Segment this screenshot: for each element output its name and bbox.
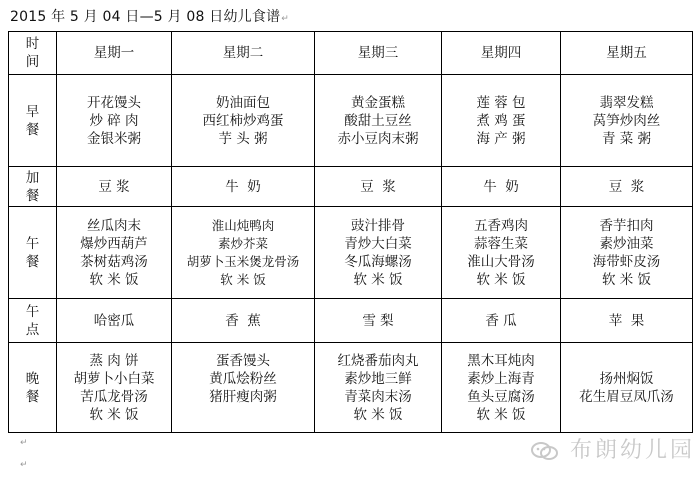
dish: 黄金蛋糕 bbox=[315, 94, 441, 112]
period-char: 点 bbox=[9, 321, 56, 339]
menu-cell: 奶油面包西红柿炒鸡蛋芋 头 粥 bbox=[172, 75, 315, 167]
period-char: 早 bbox=[9, 103, 56, 121]
paragraph-mark-icon: ↵ bbox=[20, 460, 28, 470]
dish: 胡萝卜小白菜 bbox=[57, 370, 171, 388]
dish: 软 米 饭 bbox=[57, 406, 171, 424]
dish: 软 米 饭 bbox=[561, 271, 692, 289]
dish: 红烧番茄肉丸 bbox=[315, 352, 441, 370]
dish: 赤小豆肉末粥 bbox=[315, 130, 441, 148]
dish: 香芋扣肉 bbox=[561, 217, 692, 235]
dish: 扬州焖饭 bbox=[561, 370, 692, 388]
dish: 素炒地三鲜 bbox=[315, 370, 441, 388]
menu-cell: 豆 浆 bbox=[561, 167, 693, 207]
dish: 海带虾皮汤 bbox=[561, 253, 692, 271]
period-char: 午 bbox=[9, 303, 56, 321]
dish: 蛋香馒头 bbox=[172, 352, 314, 370]
wechat-icon bbox=[530, 440, 560, 462]
period-char: 加 bbox=[9, 169, 56, 187]
period-cell-dinner: 晚餐 bbox=[9, 343, 57, 433]
menu-cell: 豆 浆 bbox=[57, 167, 172, 207]
dish: 素炒上海青 bbox=[442, 370, 560, 388]
time-label-char: 时 bbox=[9, 35, 56, 53]
menu-cell: 淮山炖鸭肉素炒芥菜胡萝卜玉米煲龙骨汤软 米 饭 bbox=[172, 207, 315, 299]
empty-line bbox=[172, 406, 314, 424]
day-header-mon: 星期一 bbox=[57, 32, 172, 75]
period-char: 餐 bbox=[9, 187, 56, 205]
menu-cell: 雪 梨 bbox=[315, 299, 442, 343]
dinner-row: 晚餐 蒸 肉 饼胡萝卜小白菜苦瓜龙骨汤软 米 饭 蛋香馒头黄瓜烩粉丝猪肝瘦肉粥 … bbox=[9, 343, 693, 433]
dish: 软 米 饭 bbox=[315, 406, 441, 424]
breakfast-row: 早餐 开花馒头炒 碎 肉金银米粥 奶油面包西红柿炒鸡蛋芋 头 粥 黄金蛋糕酸甜土… bbox=[9, 75, 693, 167]
dish: 海 产 粥 bbox=[442, 130, 560, 148]
document-title: 2015 年 5 月 04 日—5 月 08 日幼儿食谱↵ bbox=[10, 6, 289, 26]
menu-cell: 翡翠发糕莴笋炒肉丝青 菜 粥 bbox=[561, 75, 693, 167]
dish: 软 米 饭 bbox=[57, 271, 171, 289]
period-char: 餐 bbox=[9, 388, 56, 406]
period-char: 晚 bbox=[9, 370, 56, 388]
dish: 鱼头豆腐汤 bbox=[442, 388, 560, 406]
menu-cell: 香 瓜 bbox=[442, 299, 561, 343]
dish: 五香鸡肉 bbox=[442, 217, 560, 235]
dish: 翡翠发糕 bbox=[561, 94, 692, 112]
dish: 素炒芥菜 bbox=[172, 235, 314, 253]
watermark: 布朗幼儿园 bbox=[530, 433, 695, 464]
dish: 煮 鸡 蛋 bbox=[442, 112, 560, 130]
menu-table: 时间 星期一 星期二 星期三 星期四 星期五 早餐 开花馒头炒 碎 肉金银米粥 … bbox=[8, 31, 693, 433]
dish: 豉汁排骨 bbox=[315, 217, 441, 235]
dish: 素炒油菜 bbox=[561, 235, 692, 253]
period-cell-breakfast: 早餐 bbox=[9, 75, 57, 167]
header-row: 时间 星期一 星期二 星期三 星期四 星期五 bbox=[9, 32, 693, 75]
dish: 丝瓜肉末 bbox=[57, 217, 171, 235]
dish: 软 米 饭 bbox=[315, 271, 441, 289]
menu-cell: 香 蕉 bbox=[172, 299, 315, 343]
dish: 开花馒头 bbox=[57, 94, 171, 112]
dish: 蒸 肉 饼 bbox=[57, 352, 171, 370]
dish: 蒜蓉生菜 bbox=[442, 235, 560, 253]
day-header-thu: 星期四 bbox=[442, 32, 561, 75]
dish: 茶树菇鸡汤 bbox=[57, 253, 171, 271]
dish: 胡萝卜玉米煲龙骨汤 bbox=[172, 253, 314, 271]
day-header-fri: 星期五 bbox=[561, 32, 693, 75]
period-char: 餐 bbox=[9, 253, 56, 271]
dish: 淮山炖鸭肉 bbox=[172, 217, 314, 235]
menu-cell: 哈密瓜 bbox=[57, 299, 172, 343]
menu-cell: 蛋香馒头黄瓜烩粉丝猪肝瘦肉粥 bbox=[172, 343, 315, 433]
snack-row: 加餐 豆 浆 牛 奶 豆 浆 牛 奶 豆 浆 bbox=[9, 167, 693, 207]
menu-cell: 五香鸡肉蒜蓉生菜淮山大骨汤软 米 饭 bbox=[442, 207, 561, 299]
menu-cell: 扬州焖饭花生眉豆凤爪汤 bbox=[561, 343, 693, 433]
watermark-text: 布朗幼儿园 bbox=[570, 438, 695, 463]
menu-cell: 香芋扣肉素炒油菜海带虾皮汤软 米 饭 bbox=[561, 207, 693, 299]
dish: 青炒大白菜 bbox=[315, 235, 441, 253]
menu-cell: 莲 蓉 包煮 鸡 蛋海 产 粥 bbox=[442, 75, 561, 167]
dish: 奶油面包 bbox=[172, 94, 314, 112]
dish: 青菜肉末汤 bbox=[315, 388, 441, 406]
menu-cell: 牛 奶 bbox=[172, 167, 315, 207]
menu-cell: 丝瓜肉末爆炒西葫芦茶树菇鸡汤软 米 饭 bbox=[57, 207, 172, 299]
day-header-wed: 星期三 bbox=[315, 32, 442, 75]
dish: 淮山大骨汤 bbox=[442, 253, 560, 271]
dish: 酸甜土豆丝 bbox=[315, 112, 441, 130]
dish: 炒 碎 肉 bbox=[57, 112, 171, 130]
period-cell-snack: 加餐 bbox=[9, 167, 57, 207]
menu-cell: 豆 浆 bbox=[315, 167, 442, 207]
dish: 软 米 饭 bbox=[442, 271, 560, 289]
dish: 爆炒西葫芦 bbox=[57, 235, 171, 253]
menu-cell: 黄金蛋糕酸甜土豆丝赤小豆肉末粥 bbox=[315, 75, 442, 167]
dish: 冬瓜海螺汤 bbox=[315, 253, 441, 271]
time-header-cell: 时间 bbox=[9, 32, 57, 75]
dish: 软 米 饭 bbox=[172, 271, 314, 289]
dish: 黑木耳炖肉 bbox=[442, 352, 560, 370]
menu-cell: 牛 奶 bbox=[442, 167, 561, 207]
lunch-row: 午餐 丝瓜肉末爆炒西葫芦茶树菇鸡汤软 米 饭 淮山炖鸭肉素炒芥菜胡萝卜玉米煲龙骨… bbox=[9, 207, 693, 299]
dish: 软 米 饭 bbox=[442, 406, 560, 424]
menu-cell: 豉汁排骨青炒大白菜冬瓜海螺汤软 米 饭 bbox=[315, 207, 442, 299]
dish: 西红柿炒鸡蛋 bbox=[172, 112, 314, 130]
period-cell-afternoon-snack: 午点 bbox=[9, 299, 57, 343]
paragraph-mark-icon: ↵ bbox=[20, 438, 28, 448]
dish: 莴笋炒肉丝 bbox=[561, 112, 692, 130]
menu-cell: 苹 果 bbox=[561, 299, 693, 343]
dish: 青 菜 粥 bbox=[561, 130, 692, 148]
dish: 金银米粥 bbox=[57, 130, 171, 148]
period-char: 午 bbox=[9, 235, 56, 253]
dish: 猪肝瘦肉粥 bbox=[172, 388, 314, 406]
period-cell-lunch: 午餐 bbox=[9, 207, 57, 299]
menu-cell: 蒸 肉 饼胡萝卜小白菜苦瓜龙骨汤软 米 饭 bbox=[57, 343, 172, 433]
dish: 莲 蓉 包 bbox=[442, 94, 560, 112]
period-char: 餐 bbox=[9, 121, 56, 139]
dish: 苦瓜龙骨汤 bbox=[57, 388, 171, 406]
paragraph-mark-icon: ↵ bbox=[281, 14, 289, 24]
dish: 黄瓜烩粉丝 bbox=[172, 370, 314, 388]
title-text: 2015 年 5 月 04 日—5 月 08 日幼儿食谱 bbox=[10, 9, 280, 25]
afternoon-snack-row: 午点 哈密瓜 香 蕉 雪 梨 香 瓜 苹 果 bbox=[9, 299, 693, 343]
day-header-tue: 星期二 bbox=[172, 32, 315, 75]
menu-cell: 黑木耳炖肉素炒上海青鱼头豆腐汤软 米 饭 bbox=[442, 343, 561, 433]
dish: 芋 头 粥 bbox=[172, 130, 314, 148]
dish: 花生眉豆凤爪汤 bbox=[561, 388, 692, 406]
time-label-char: 间 bbox=[9, 53, 56, 71]
menu-cell: 开花馒头炒 碎 肉金银米粥 bbox=[57, 75, 172, 167]
menu-cell: 红烧番茄肉丸素炒地三鲜青菜肉末汤软 米 饭 bbox=[315, 343, 442, 433]
